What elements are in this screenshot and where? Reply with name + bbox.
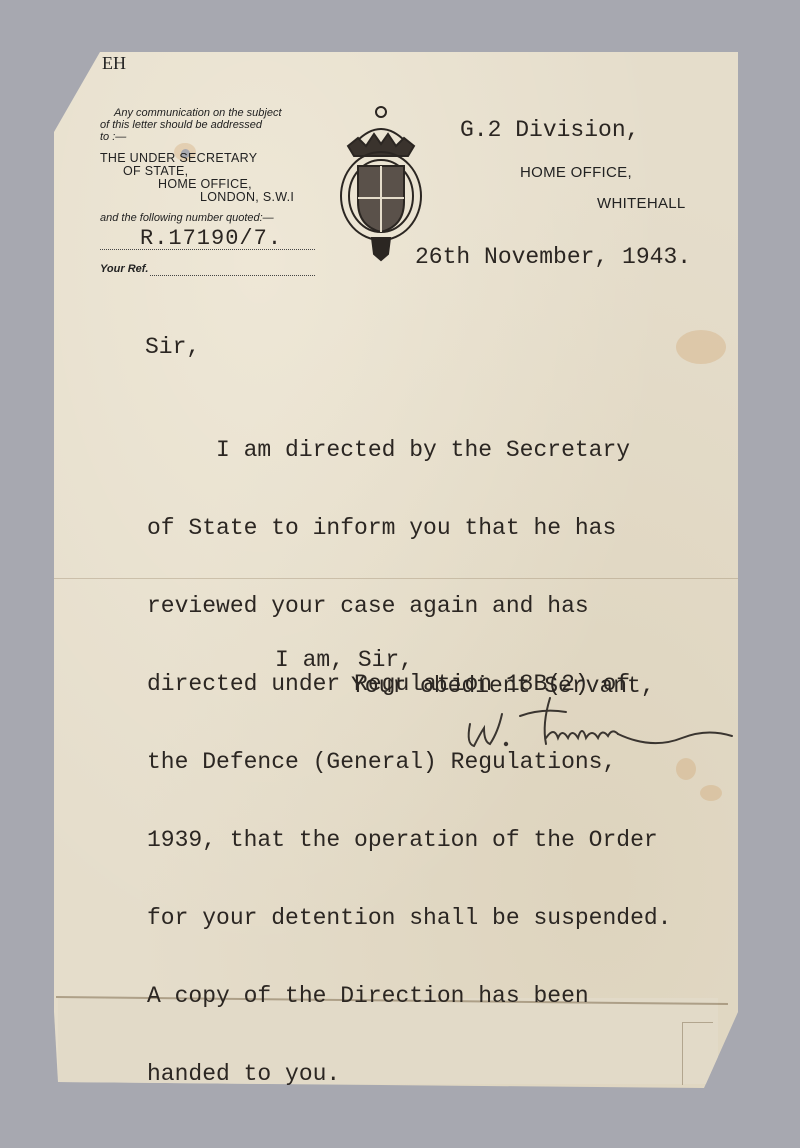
letter-date: 26th November, 1943. <box>415 244 691 270</box>
address-line: OF STATE, <box>123 164 188 178</box>
body-line: reviewed your case again and has <box>147 593 672 619</box>
instruction-line: Any communication on the subject <box>100 107 316 119</box>
folded-corner <box>682 1022 713 1085</box>
royal-coat-of-arms-icon <box>338 104 424 262</box>
home-office-heading: HOME OFFICE, <box>520 164 632 181</box>
corner-mark: EH <box>102 53 126 74</box>
body-line: handed to you. <box>147 1061 672 1087</box>
number-prompt: and the following number quoted:— <box>100 212 274 224</box>
body-line: for your detention shall be suspended. <box>147 905 672 931</box>
reference-number: R.17190/7. <box>140 226 282 251</box>
address-line: THE UNDER SECRETARY <box>100 151 257 165</box>
division-heading: G.2 Division, <box>460 117 639 143</box>
reference-dotted-line <box>100 249 315 250</box>
address-line: LONDON, S.W.I <box>200 190 294 204</box>
your-ref-dotted-line <box>150 275 315 276</box>
instruction-line: of this letter should be addressed <box>100 119 316 131</box>
address-line: HOME OFFICE, <box>158 177 252 191</box>
closing-line: I am, Sir, <box>275 647 413 673</box>
salutation: Sir, <box>145 334 200 360</box>
body-line: I am directed by the Secretary <box>147 437 672 463</box>
body-line: of State to inform you that he has <box>147 515 672 541</box>
instruction-line: to :— <box>100 131 316 143</box>
stain-mark <box>700 785 722 801</box>
body-line: A copy of the Direction has been <box>147 983 672 1009</box>
handwritten-signature <box>462 694 738 756</box>
communication-instruction: Any communication on the subject of this… <box>100 107 316 143</box>
your-ref-label: Your Ref. <box>100 263 149 275</box>
stain-mark <box>676 758 696 780</box>
body-line: 1939, that the operation of the Order <box>147 827 672 853</box>
stain-mark <box>676 330 726 364</box>
whitehall-heading: WHITEHALL <box>597 195 686 212</box>
